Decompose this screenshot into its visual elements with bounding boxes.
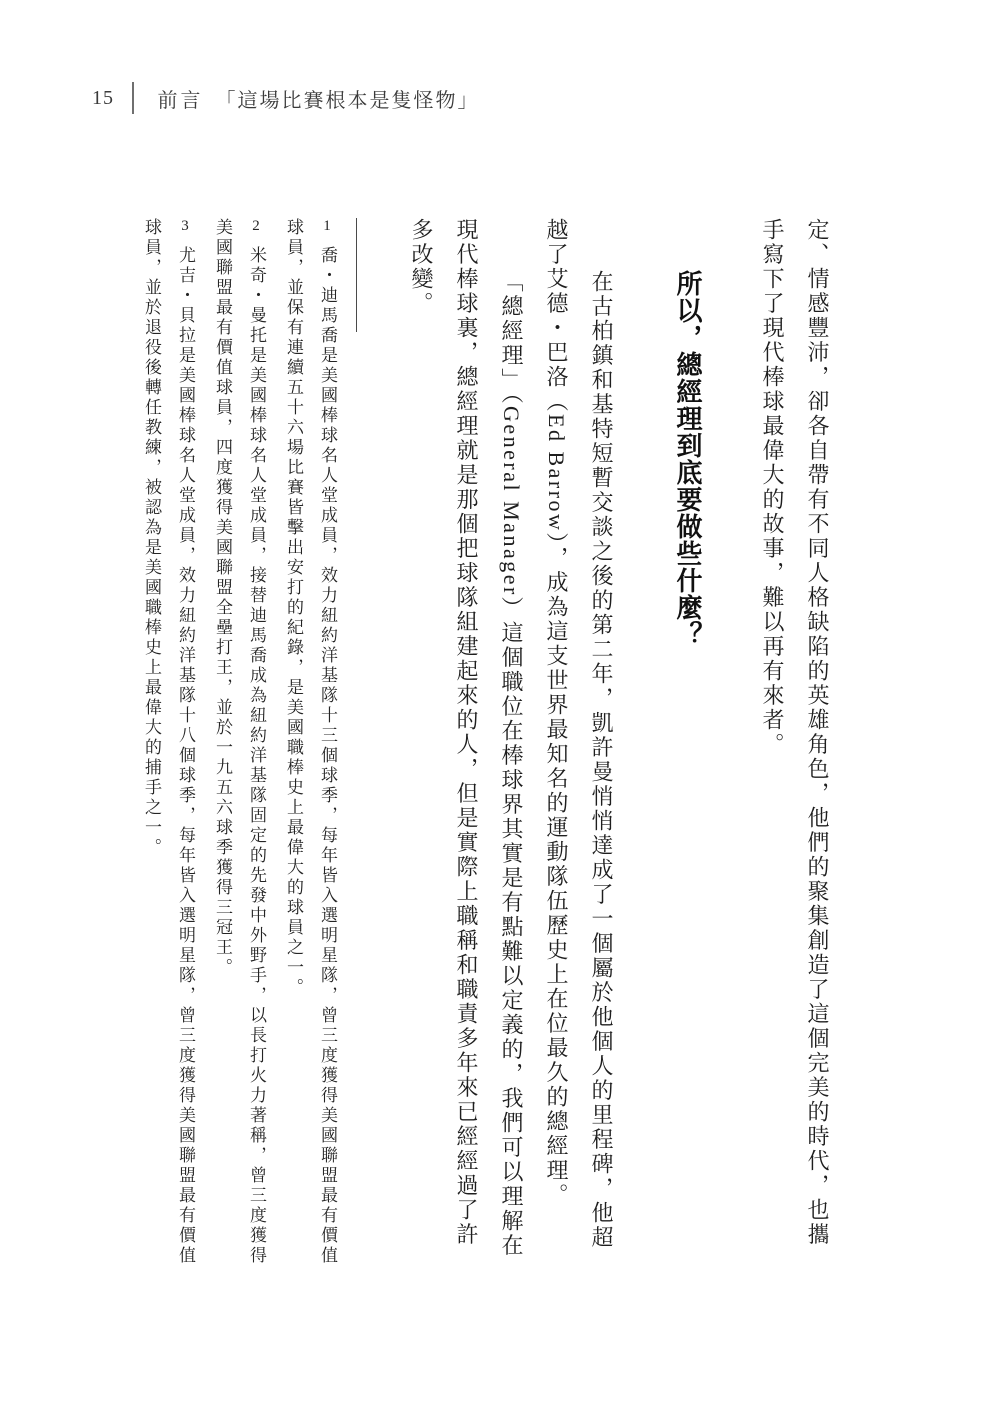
footnote-text: 喬・迪馬喬是美國棒球名人堂成員，效力紐約洋基隊十三個球季，每年皆入選明星隊，曾三… — [284, 218, 337, 1266]
footnote-number: 3 — [177, 218, 193, 234]
page-header: 15 前言 「這場比賽根本是隻怪物」 — [92, 82, 480, 114]
paragraph-continuation: 定、情感豐沛，卻各自帶有不同人格缺陷的英雄角色，他們的聚集創造了這個完美的時代，… — [750, 218, 840, 1270]
footnote-number: 2 — [248, 218, 264, 234]
chapter-title: 「這場比賽根本是隻怪物」 — [216, 84, 480, 113]
header-divider — [132, 82, 134, 114]
footnote-2: 2米奇・曼托是美國棒球名人堂成員，接替迪馬喬成為紐約洋基隊固定的先發中外野手，以… — [205, 218, 273, 1270]
section-label: 前言 — [158, 84, 204, 113]
footnote-1: 1喬・迪馬喬是美國棒球名人堂成員，效力紐約洋基隊十三個球季，每年皆入選明星隊，曾… — [276, 218, 344, 1270]
main-text: 定、情感豐沛，卻各自帶有不同人格缺陷的英雄角色，他們的聚集創造了這個完美的時代，… — [399, 218, 840, 1270]
book-page: 15 前言 「這場比賽根本是隻怪物」 定、情感豐沛，卻各自帶有不同人格缺陷的英雄… — [0, 0, 1000, 1403]
page-number: 15 — [92, 87, 114, 110]
footnote-divider — [356, 218, 357, 332]
paragraph-2: 「總經理」（General Manager）這個職位在棒球界其實是有點難以定義的… — [399, 218, 534, 1270]
footnote-number: 1 — [319, 218, 335, 234]
footnote-text: 米奇・曼托是美國棒球名人堂成員，接替迪馬喬成為紐約洋基隊固定的先發中外野手，以長… — [213, 218, 266, 1266]
footnotes: 1喬・迪馬喬是美國棒球名人堂成員，效力紐約洋基隊十三個球季，每年皆入選明星隊，曾… — [134, 218, 357, 1270]
footnote-text: 尤吉・貝拉是美國棒球名人堂成員，效力紐約洋基隊十八個球季，每年皆入選明星隊，曾三… — [142, 218, 195, 1266]
section-heading: 所以，總經理到底要做些什麼？ — [664, 218, 710, 1270]
footnote-3: 3尤吉・貝拉是美國棒球名人堂成員，效力紐約洋基隊十八個球季，每年皆入選明星隊，曾… — [134, 218, 202, 1270]
page-content: 定、情感豐沛，卻各自帶有不同人格缺陷的英雄角色，他們的聚集創造了這個完美的時代，… — [134, 218, 840, 1270]
paragraph-1: 在古柏鎮和基特短暫交談之後的第二年，凱許曼悄悄達成了一個屬於他個人的里程碑，他超… — [534, 218, 624, 1270]
